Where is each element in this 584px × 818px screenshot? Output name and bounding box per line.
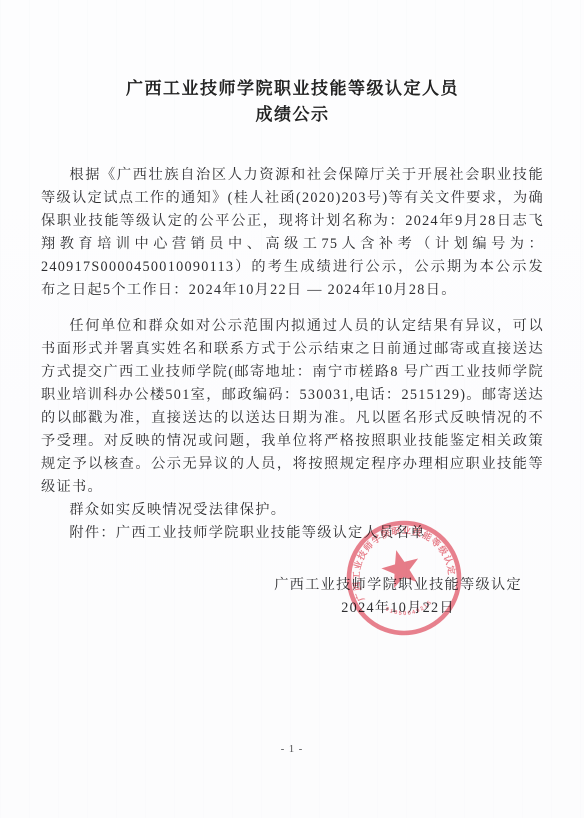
official-seal: 广西工业技师学院职业技能等级认定 01050049215	[339, 513, 469, 643]
seal-serial-number: 01050049215	[383, 593, 436, 624]
seal-star-icon	[378, 545, 424, 590]
page-title: 广西工业技师学院职业技能等级认定人员 成绩公示	[41, 76, 544, 128]
page-number: - 1 -	[0, 744, 584, 755]
document-sheet: 广西工业技师学院职业技能等级认定人员 成绩公示 根据《广西壮族自治区人力资源和社…	[0, 0, 584, 818]
page-title-line2: 成绩公示	[256, 105, 330, 124]
paragraph-objection: 任何单位和群众如对公示范围内拟通过人员的认定结果有异议，可以书面形式并署真实姓名…	[41, 315, 544, 499]
document-body: 根据《广西壮族自治区人力资源和社会保障厅关于开展社会职业技能等级认定试点工作的通…	[41, 164, 544, 545]
svg-text:01050049215: 01050049215	[383, 593, 436, 624]
paragraph-intro: 根据《广西壮族自治区人力资源和社会保障厅关于开展社会职业技能等级认定试点工作的通…	[41, 164, 544, 302]
page-title-line1: 广西工业技师学院职业技能等级认定人员	[126, 79, 459, 98]
